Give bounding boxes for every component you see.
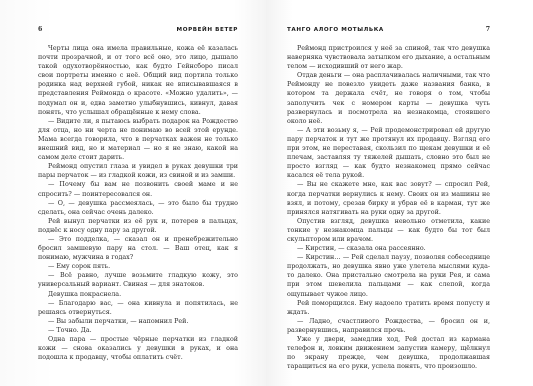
paragraph: Черты лица она имела правильные, кожа её… — [38, 44, 238, 117]
right-running-header: Танго алого мотылька 7 — [287, 25, 490, 35]
paragraph: — Ему сорок пять. — [38, 262, 238, 271]
paragraph: — Видите ли, я пытаюсь выбрать подарок н… — [38, 117, 238, 162]
paragraph: — Это подделка, — сказал он и пренебрежи… — [38, 235, 238, 262]
left-running-header: 6 Морвейн Ветер — [38, 25, 238, 35]
left-page-body: Черты лица она имела правильные, кожа её… — [38, 44, 238, 362]
paragraph: Реймонд опустил глаза и увидел в руках д… — [38, 162, 238, 180]
paragraph: Реймонд пристроился у неё за спиной, так… — [287, 44, 490, 71]
paragraph: Уже у двери, замедлив ход, Рей достал из… — [287, 335, 490, 371]
paragraph: — А эти возьму я, — Рей продемонстрирова… — [287, 126, 490, 181]
paragraph: Отдав деньги — она расплачивалась наличн… — [287, 71, 490, 126]
paragraph: — Точно. Да. — [38, 326, 238, 335]
page-number-right: 7 — [486, 25, 490, 35]
page-number-left: 6 — [38, 25, 42, 35]
paragraph: Одна пара — простые чёрные перчатки из г… — [38, 335, 238, 362]
paragraph: Опустив взгляд, девушка невольно отметил… — [287, 217, 490, 244]
paragraph: — О, — девушка рассмеялась, — это было б… — [38, 199, 238, 217]
paragraph: — Вы не скажете мне, как вас зовут? — сп… — [287, 180, 490, 216]
paragraph: — Всё равно, лучше возьмите гладкую кожу… — [38, 271, 238, 289]
right-page-body: Реймонд пристроился у неё за спиной, так… — [287, 44, 490, 371]
paragraph: — Ладно, счастливого Рождества, — бросил… — [287, 317, 490, 335]
left-page: 6 Морвейн Ветер Черты лица она имела пра… — [0, 0, 266, 386]
author-running-head: Морвейн Ветер — [177, 25, 238, 35]
paragraph: Рей вынул перчатки из её рук и, потерев … — [38, 217, 238, 235]
right-page: Танго алого мотылька 7 Реймонд пристроил… — [266, 0, 533, 386]
paragraph: Девушка покраснела. — [38, 290, 238, 299]
paragraph: — Кирстин, — сказала она рассеянно. — [287, 244, 490, 253]
paragraph: Рей поморщился. Ему надоело тратить врем… — [287, 299, 490, 317]
paragraph: — Вы забыли перчатки, — напомнил Рей. — [38, 317, 238, 326]
paragraph: — Благодарю вас, — она кивнула и попятил… — [38, 299, 238, 317]
book-title-running-head: Танго алого мотылька — [287, 25, 384, 35]
paragraph: — Почему бы вам не позвонить своей маме … — [38, 180, 238, 198]
paragraph: — Кирстин… — Рей сделал паузу, позволяя … — [287, 253, 490, 298]
